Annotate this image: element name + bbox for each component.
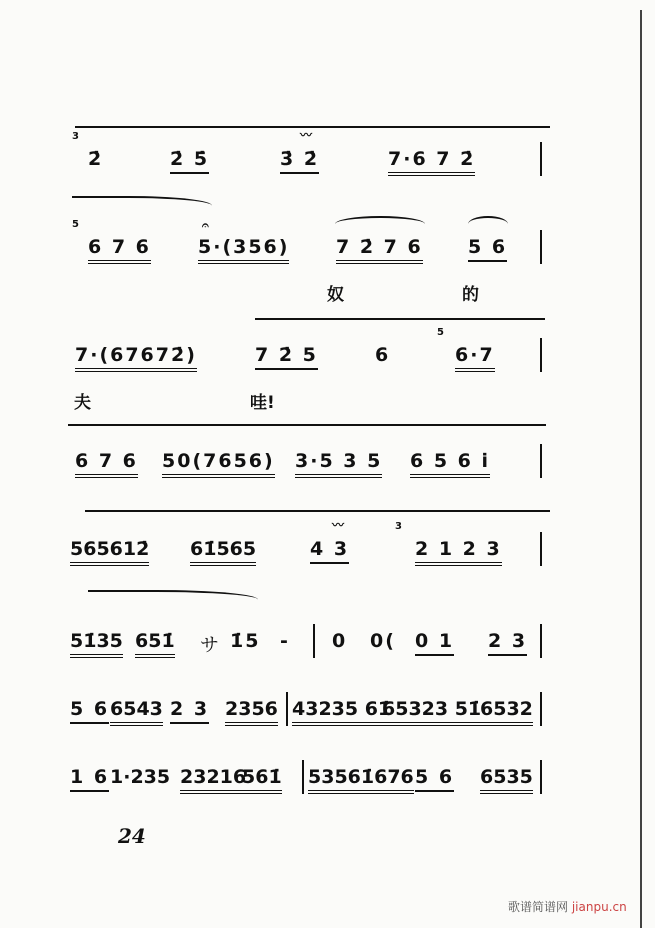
note-group: 7·6 7 2̇ [388, 148, 475, 176]
page-number: 24 [118, 824, 146, 848]
note-group: 6 7 6 [75, 450, 138, 478]
note-group: 2̇ [88, 148, 103, 170]
note-group: 6535 [480, 766, 533, 794]
score-row-2: 5 6 7 6 𝄐 5·(356) 7 2̇ 7 6 5 6 [70, 228, 550, 268]
grace-note: 3 [72, 132, 79, 142]
bar-line [540, 532, 542, 566]
note-group: 6 [375, 344, 390, 366]
note-group: 0( [370, 630, 396, 652]
note-group: 43235 61̇ [292, 698, 391, 726]
trill-icon: 〰 [332, 516, 344, 533]
score-row-4: 6 7 6 50(7656) 3·5 3 5 6 5 6 i̇ [70, 442, 550, 482]
grace-note: 5 [437, 328, 444, 338]
note-group: 53561̇676 [308, 766, 414, 794]
bar-line [540, 624, 542, 658]
note-group: 1·235 [110, 766, 170, 788]
bar-line [540, 142, 542, 176]
note-group: 65323 51̇ [382, 698, 481, 726]
note-group: 2̇ 5̇ [170, 148, 209, 174]
bar-line [540, 692, 542, 726]
bar-line [540, 338, 542, 372]
note-group: 6 5 6 i̇ [410, 450, 490, 478]
score-row-6: 51̇35 651̇ サ 1̇5 - 0 0( 0 1 2 3 [70, 622, 550, 662]
free-tempo-mark: サ [200, 630, 221, 657]
lyric: 哇! [250, 388, 275, 413]
note-group: 1 6 [70, 766, 109, 792]
score-row-7: 5 6 6543 2 3 2356 43235 61̇ 65323 51̇ 65… [70, 690, 550, 730]
bar-line [313, 624, 315, 658]
note-group: 51̇35 [70, 630, 123, 658]
page-edge [640, 10, 642, 928]
grace-note: 5 [72, 220, 79, 230]
note-group: 0 [332, 630, 347, 652]
note-group: 7 2̇ 7 6 [336, 236, 423, 264]
note-group: 5·(356) [198, 236, 289, 264]
note-group: 1̇5 [230, 630, 260, 652]
bar-line [540, 760, 542, 794]
watermark: 歌谱简谱网 jianpu.cn [508, 898, 627, 915]
note-group: 6532 [480, 698, 533, 726]
bar-line [540, 444, 542, 478]
bar-line [540, 230, 542, 264]
note-group: 5 6 [415, 766, 454, 792]
slur [88, 590, 258, 606]
bar-line [286, 692, 288, 726]
lyric: 的 [462, 280, 479, 305]
slur-line [75, 126, 550, 128]
note-group: 50(7656) [162, 450, 275, 478]
note-group: 651̇ [135, 630, 175, 658]
note-group: - [280, 630, 290, 652]
lyric: 奴 [327, 280, 344, 305]
fermata-icon: 𝄐 [202, 218, 209, 233]
note-group: 561̇ [242, 766, 282, 794]
note-group: 23216 [180, 766, 246, 794]
note-group: 2 3 [170, 698, 209, 724]
slur-line [255, 318, 545, 320]
note-group: 6543 [110, 698, 163, 726]
score-row-8: 1 6 1·235 23216 561̇ 53561̇676 5 6 6535 [70, 758, 550, 798]
score-row-1: 3 2̇ 2̇ 5̇ 〰 3̇ 2̇ 7·6 7 2̇ [70, 140, 550, 180]
score-row-5: 565612̇ 61̇565 〰 4 3 3 2 1 2 3 [70, 530, 550, 570]
note-group: 565612̇ [70, 538, 149, 566]
note-group: 4 3 [310, 538, 349, 564]
note-group: 7 2̇ 5 [255, 344, 318, 370]
note-group: 5 6 [468, 236, 507, 262]
note-group: 6·7 [455, 344, 495, 372]
note-group: 2356 [225, 698, 278, 726]
note-group: 7·(67672̇) [75, 344, 197, 372]
watermark-url: jianpu.cn [572, 900, 627, 914]
note-group: 0 1 [415, 630, 454, 656]
note-group: 3̇ 2̇ [280, 148, 319, 174]
slur-line [68, 424, 546, 426]
note-group: 2 3 [488, 630, 527, 656]
trill-icon: 〰 [300, 126, 312, 143]
note-group: 61̇565 [190, 538, 256, 566]
grace-note: 3 [395, 522, 402, 532]
slur-line [85, 510, 550, 512]
note-group: 6 7 6 [88, 236, 151, 264]
bar-line [302, 760, 304, 794]
watermark-cn: 歌谱简谱网 [508, 900, 568, 914]
note-group: 5 6 [70, 698, 109, 724]
score-row-3: 7·(67672̇) 7 2̇ 5 6 5 6·7 [70, 336, 550, 376]
slur [72, 196, 212, 212]
note-group: 3·5 3 5 [295, 450, 382, 478]
note-group: 2 1 2 3 [415, 538, 502, 566]
lyric: 夫 [74, 388, 91, 413]
